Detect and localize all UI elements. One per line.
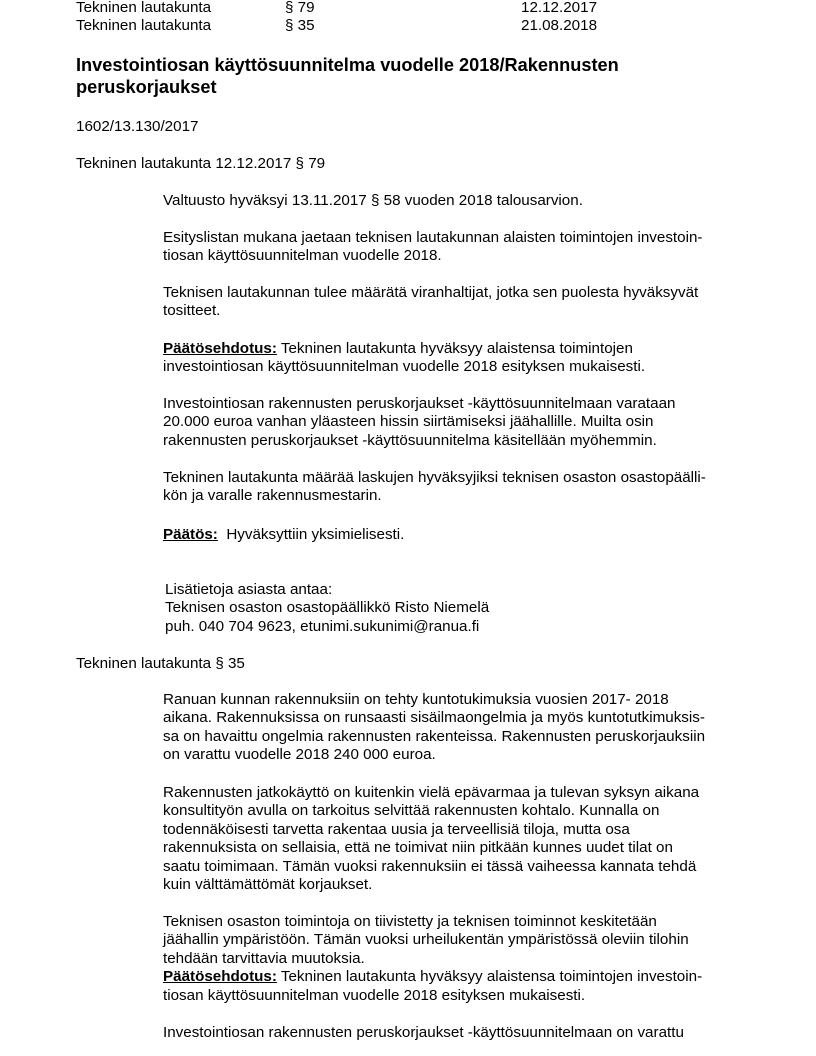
- history-body: Tekninen lautakunta: [76, 17, 211, 35]
- meeting2-paragraph: Investointiosan rakennusten peruskorjauk…: [163, 1024, 743, 1042]
- text-line: aikana. Rakennuksissa on runsaasti sisäi…: [163, 709, 743, 727]
- text-line: tiosan käyttösuunnitelman vuodelle 2018 …: [163, 987, 743, 1005]
- meeting1-paragraph: Tekninen lautakunta määrää laskujen hyvä…: [163, 469, 743, 506]
- text-line: konsultityön avulla on tarkoitus selvitt…: [163, 802, 743, 820]
- text-line: Teknisen lautakunnan tulee määrätä viran…: [163, 284, 743, 302]
- meeting1-paragraph: Teknisen lautakunnan tulee määrätä viran…: [163, 284, 743, 321]
- text-line: kuin välttämättömät korjaukset.: [163, 876, 743, 894]
- text-line: sa on havaittu ongelmia rakennusten rake…: [163, 728, 743, 746]
- meeting1-paragraph: Investointiosan rakennusten peruskorjauk…: [163, 395, 743, 450]
- proposal-label: Päätösehdotus:: [163, 340, 277, 357]
- text-line: kön ja varalle rakennusmestarin.: [163, 487, 743, 505]
- text-line: investointiosan käyttösuunnitelman vuode…: [163, 358, 743, 376]
- document-title: Investointiosan käyttösuunnitelma vuodel…: [76, 54, 676, 98]
- text-line: 20.000 euroa vanhan yläasteen hissin sii…: [163, 413, 743, 431]
- text-line: Investointiosan rakennusten peruskorjauk…: [163, 1024, 743, 1042]
- meeting1-decision: Päätös: Hyväksyttiin yksimielisesti.: [163, 526, 743, 544]
- text-line: rakennusten peruskorjaukset -käyttösuunn…: [163, 432, 743, 450]
- history-date: 12.12.2017: [521, 0, 597, 17]
- title-line: peruskorjaukset: [76, 76, 676, 98]
- text-line: rakennuksista on sellaisia, että ne toim…: [163, 839, 743, 857]
- text-line: Teknisen osaston toimintoja on tiivistet…: [163, 913, 743, 931]
- meeting1-proposal: Päätösehdotus: Tekninen lautakunta hyväk…: [163, 340, 743, 377]
- meeting1-paragraph: Esityslistan mukana jaetaan teknisen lau…: [163, 229, 743, 266]
- text-line: jäähallin ympäristöön. Tämän vuoksi urhe…: [163, 931, 743, 949]
- text-line: tehdään tarvittavia muutoksia.: [163, 950, 743, 968]
- text-line: saatu toimimaan. Tämän vuoksi rakennuksi…: [163, 858, 743, 876]
- text-line: tositteet.: [163, 302, 743, 320]
- meeting2-paragraph: Teknisen osaston toimintoja on tiivistet…: [163, 913, 743, 1005]
- meeting1-paragraph: Valtuusto hyväksyi 13.11.2017 § 58 vuode…: [163, 192, 743, 210]
- text-line: Investointiosan rakennusten peruskorjauk…: [163, 395, 743, 413]
- text-line: todennäköisesti tarvetta rakentaa uusia …: [163, 821, 743, 839]
- history-date: 21.08.2018: [521, 17, 597, 35]
- decision-label: Päätös:: [163, 526, 218, 543]
- text-line: Hyväksyttiin yksimielisesti.: [218, 526, 405, 543]
- text-line: Tekninen lautakunta määrää laskujen hyvä…: [163, 469, 743, 487]
- text-line: on varattu vuodelle 2018 240 000 euroa.: [163, 746, 743, 764]
- proposal-label: Päätösehdotus:: [163, 968, 277, 985]
- text-line: Esityslistan mukana jaetaan teknisen lau…: [163, 229, 743, 247]
- history-body: Tekninen lautakunta: [76, 0, 211, 17]
- contact-line: Lisätietoja asiasta antaa:: [165, 581, 745, 599]
- text-line: Valtuusto hyväksyi 13.11.2017 § 58 vuode…: [163, 192, 743, 210]
- contact-line: Teknisen osaston osastopäällikkö Risto N…: [165, 599, 745, 617]
- title-line: Investointiosan käyttösuunnitelma vuodel…: [76, 54, 676, 76]
- meeting2-paragraph: Rakennusten jatkokäyttö on kuitenkin vie…: [163, 784, 743, 894]
- meeting1-heading: Tekninen lautakunta 12.12.2017 § 79: [76, 155, 325, 173]
- text-line: Ranuan kunnan rakennuksiin on tehty kunt…: [163, 691, 743, 709]
- history-section: § 79: [285, 0, 315, 17]
- text-line: Rakennusten jatkokäyttö on kuitenkin vie…: [163, 784, 743, 802]
- contact-info: Lisätietoja asiasta antaa: Teknisen osas…: [165, 581, 745, 636]
- meeting2-heading: Tekninen lautakunta § 35: [76, 655, 245, 673]
- text-line: Tekninen lautakunta hyväksyy alaistensa …: [277, 968, 702, 985]
- history-section: § 35: [285, 17, 315, 35]
- contact-line: puh. 040 704 9623, etunimi.sukunimi@ranu…: [165, 618, 745, 636]
- diary-number: 1602/13.130/2017: [76, 118, 198, 136]
- meeting2-paragraph: Ranuan kunnan rakennuksiin on tehty kunt…: [163, 691, 743, 765]
- text-line: tiosan käyttösuunnitelman vuodelle 2018.: [163, 247, 743, 265]
- text-line: Tekninen lautakunta hyväksyy alaistensa …: [277, 340, 633, 357]
